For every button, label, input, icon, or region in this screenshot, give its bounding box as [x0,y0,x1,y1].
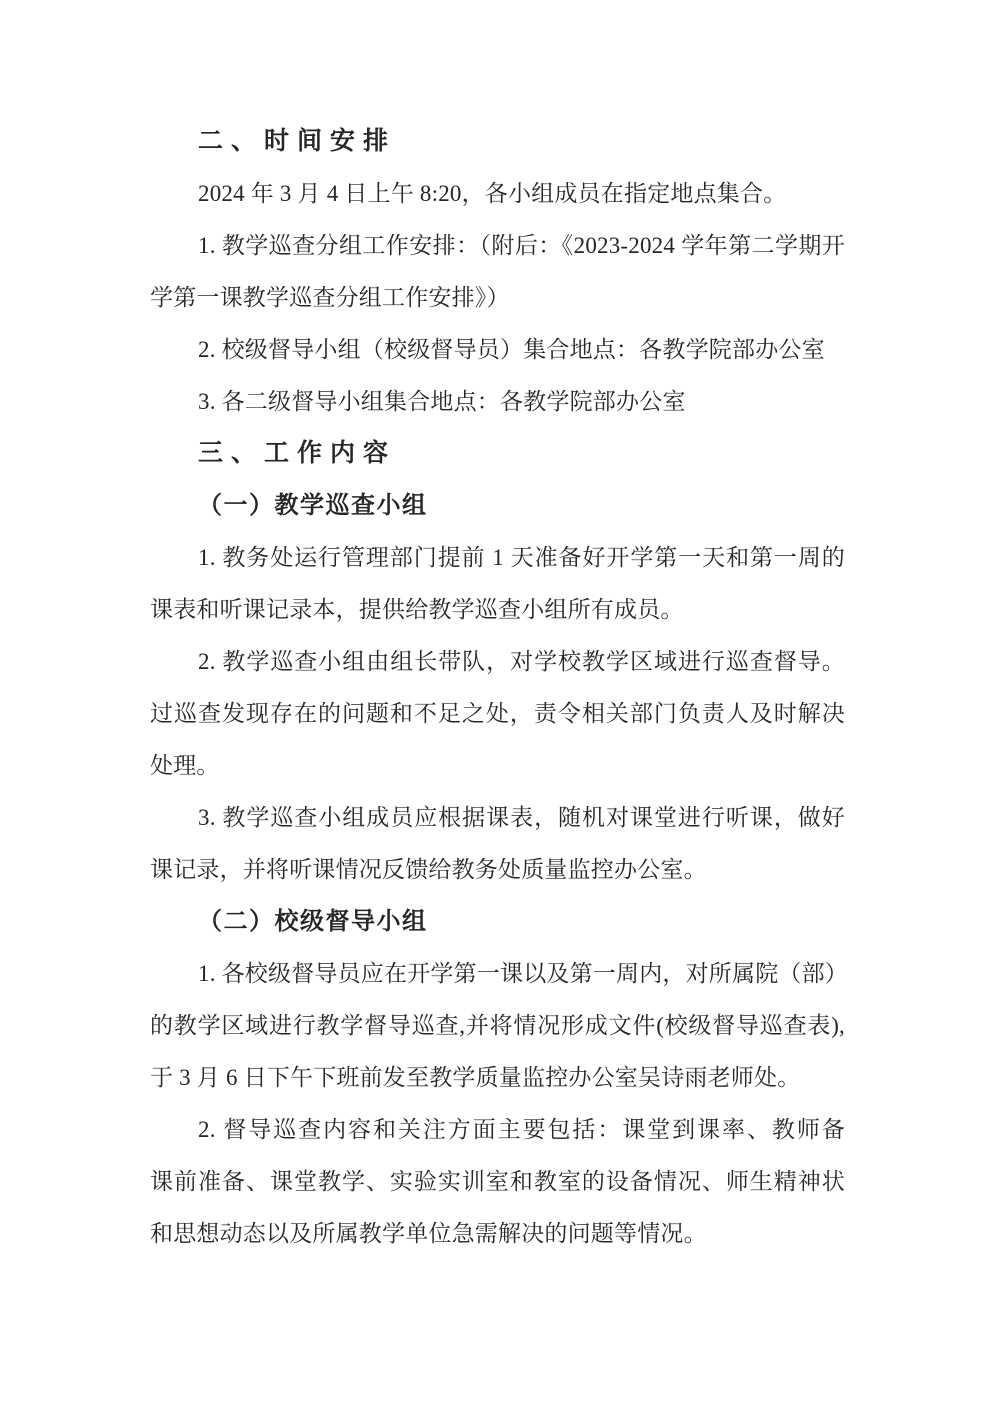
text-line: （一）教学巡查小组 [150,480,845,532]
text-line: 1. 教学巡查分组工作安排：（附后：《2023-2024 学年第二学期开 [150,220,845,272]
text-line: 处理。 [150,740,845,792]
text-line: 学第一课教学巡查分组工作安排》） [150,272,845,324]
text-line: 1. 各校级督导员应在开学第一课以及第一周内，对所属院（部） [150,948,845,1000]
text-line: 2. 督导巡查内容和关注方面主要包括：课堂到课率、教师备课、 [150,1104,845,1156]
text-line: 课记录，并将听课情况反馈给教务处质量监控办公室。 [150,844,845,896]
text-line: 和思想动态以及所属教学单位急需解决的问题等情况。 [150,1208,845,1260]
text-line: 3. 教学巡查小组成员应根据课表，随机对课堂进行听课，做好听 [150,792,845,844]
document-page: 二、时间安排2024 年 3 月 4 日上午 8:20，各小组成员在指定地点集合… [0,0,992,1403]
text-line: 二、时间安排 [150,116,845,168]
text-line: 于 3 月 6 日下午下班前发至教学质量监控办公室吴诗雨老师处。 [150,1052,845,1104]
text-line: 的教学区域进行教学督导巡查,并将情况形成文件(校级督导巡查表), [150,1000,845,1052]
text-line: （二）校级督导小组 [150,896,845,948]
text-line: 3. 各二级督导小组集合地点：各教学院部办公室 [150,376,845,428]
text-line: 过巡查发现存在的问题和不足之处，责令相关部门负责人及时解决和 [150,688,845,740]
document-content: 二、时间安排2024 年 3 月 4 日上午 8:20，各小组成员在指定地点集合… [150,116,845,1260]
text-line: 课前准备、课堂教学、实验实训室和教室的设备情况、师生精神状态 [150,1156,845,1208]
text-line: 2. 校级督导小组（校级督导员）集合地点：各教学院部办公室 [150,324,845,376]
text-line: 2. 教学巡查小组由组长带队，对学校教学区域进行巡查督导。通 [150,636,845,688]
text-line: 1. 教务处运行管理部门提前 1 天准备好开学第一天和第一周的 [150,532,845,584]
text-line: 三、工作内容 [150,428,845,480]
text-line: 2024 年 3 月 4 日上午 8:20，各小组成员在指定地点集合。 [150,168,845,220]
text-line: 课表和听课记录本，提供给教学巡查小组所有成员。 [150,584,845,636]
